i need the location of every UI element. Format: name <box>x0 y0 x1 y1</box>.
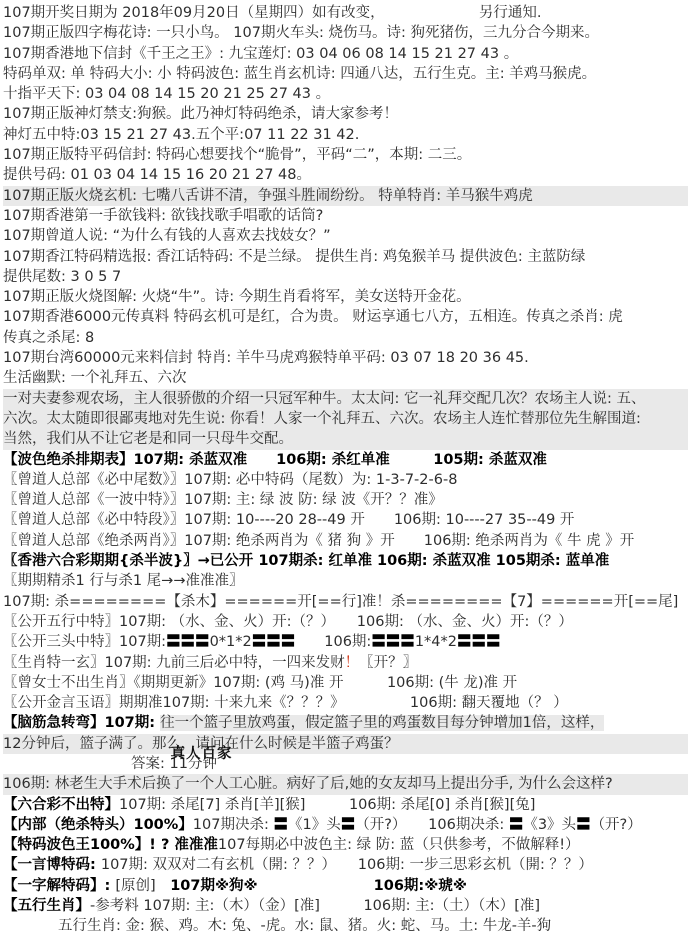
text-segment: 〖香港六合彩期期{杀半波}〗→已公开 107期杀: 红单准 106期: 杀蓝双准… <box>3 553 609 569</box>
text-segment: 107期正版特平码信封: 特码心想要找个“脆骨”，平码“二”，本期: 二三。 <box>3 147 471 163</box>
text-line: 107期香港6000元传真料 特码玄机可是红，合为贵。 财运享通七八方，五相连。… <box>3 307 688 327</box>
text-segment: 〖曾道人总部《必中尾数》〗107期: 必中特码（尾数）为: 1-3-7-2-6-… <box>3 472 457 488</box>
text-segment: 【脑筋急转弯】107期: <box>3 715 160 731</box>
text-segment: 【内部（绝杀特头）100%】 <box>3 817 193 833</box>
text-line: 〖香港六合彩期期{杀半波}〗→已公开 107期杀: 红单准 106期: 杀蓝双准… <box>3 551 688 571</box>
content-lines: 107期开奖日期为 2018年09月20日（星期四）如有改变， 另行通知.107… <box>3 3 688 937</box>
text-segment: [原创] <box>115 878 170 894</box>
text-segment: 答案: <box>131 756 170 772</box>
text-line: 【特码波色王100%】! ? 准准准107每期必中波色主: 绿 防: 蓝（只供参… <box>3 835 688 855</box>
answer-with-watermark: 11分钟真人百家 <box>170 754 217 774</box>
text-line: 107期曾道人说: “为什么有钱的人喜欢去找妓女？” <box>3 226 688 246</box>
text-line: 【一字解特码】: [原创] 107期※狗※ 106期:※琥※ <box>3 876 688 896</box>
text-segment: 107期香港地下信封《千王之王》: 九宝莲灯: 03 04 06 08 14 1… <box>3 46 518 62</box>
text-segment: 提供尾数: 3 0 5 7 <box>3 269 121 285</box>
text-line: 107期正版特平码信封: 特码心想要找个“脆骨”，平码“二”，本期: 二三。 <box>3 145 688 165</box>
text-segment: 【特码波色王100%】! ? 准准准 <box>3 837 218 853</box>
text-line: 107期香江特码精选报: 香江话特码: 不是兰绿。 提供生肖: 鸡兔猴羊马 提供… <box>3 247 688 267</box>
text-line: 【波色绝杀排期表】107期: 杀蓝双准 106期: 杀红单准 105期: 杀蓝双… <box>3 450 688 470</box>
text-segment: 生活幽默: 一个礼拜五、六次 <box>3 370 187 386</box>
text-line: 【六合彩不出特】107期: 杀尾[7] 杀肖[羊][猴] 106期: 杀尾[0]… <box>3 795 688 815</box>
text-segment: 106期:※琥※ <box>374 878 467 894</box>
text-segment: 〖曾道人总部《必中特段》〗107期: 10----20 28--49 开 106… <box>3 512 574 528</box>
text-line: 提供号码: 01 03 04 14 15 16 20 21 27 48。 <box>3 165 688 185</box>
text-segment: 〖曾道人总部《一波中特》〗107期: 主: 绿 波 防: 绿 波《开？？准》 <box>3 492 443 508</box>
text-segment <box>258 878 374 894</box>
text-line: 107期正版火烧玄机: 七嘴八舌讲不清，争强斗胜闹纷纷。 特单特肖: 羊马猴牛鸡… <box>3 186 688 206</box>
text-line: 107期台湾60000元来料信封 特肖: 羊牛马虎鸡猴特单平码: 03 07 1… <box>3 348 688 368</box>
text-segment: 〖公开三头中特〗107期: <box>3 634 166 650</box>
text-line: 107期开奖日期为 2018年09月20日（星期四）如有改变， 另行通知. <box>3 3 688 23</box>
text-segment: 〓〓〓 <box>457 634 501 650</box>
text-segment: 〖开？〗 <box>359 655 417 671</box>
text-line: 〖期期精杀1 行与杀1 尾→→准准准〗 <box>3 571 688 591</box>
text-segment: 特码单双: 单 特码大小: 小 特码波色: 蓝生肖玄机诗: 四通八达，五行生克。… <box>3 66 596 82</box>
text-segment: 当然，我们从不让它老是和同一只母牛交配。 <box>3 431 293 447</box>
text-segment: 107期台湾60000元来料信封 特肖: 羊牛马虎鸡猴特单平码: 03 07 1… <box>3 350 529 366</box>
text-line: 五行生肖: 金: 猴、鸡。木: 兔、-虎。水: 鼠、猪。火: 蛇、马。土: 牛龙… <box>3 916 688 936</box>
text-line: 〖公开五行中特〗107期: （水、金、火）开:（？） 106期: （水、金、火）… <box>3 612 688 632</box>
text-segment: 〖曾道人总部《绝杀两肖》〗107期: 绝杀两肖为《 猪 狗 》开 106期: 绝… <box>3 533 634 549</box>
text-segment: 107期: 杀========【杀木】======开[==行]准！杀======… <box>3 594 678 610</box>
text-segment: 〓 <box>576 817 591 833</box>
text-segment: 107期曾道人说: “为什么有钱的人喜欢去找妓女？” <box>3 228 331 244</box>
text-segment: 一对夫妻参观农场，主人很骄傲的介绍一只冠军种牛。太太问: 它一礼拜交配几次？农场… <box>3 391 646 407</box>
text-segment: 五行生肖: 金: 猴、鸡。木: 兔、-虎。水: 鼠、猪。火: 蛇、马。土: 牛龙… <box>58 918 551 934</box>
text-line: 特码单双: 单 特码大小: 小 特码波色: 蓝生肖玄机诗: 四通八达，五行生克。… <box>3 64 688 84</box>
text-segment: 《3》头 <box>523 817 576 833</box>
text-line: 107期正版四字梅花诗: 一只小鸟。 107期火车头: 烧伤马。诗: 狗死猪伤，… <box>3 23 688 43</box>
text-line: 提供尾数: 3 0 5 7 <box>3 267 688 287</box>
text-segment: （开?） 106期决杀: <box>355 817 509 833</box>
text-segment: 〓〓〓 <box>252 634 296 650</box>
text-line: 生活幽默: 一个礼拜五、六次 <box>3 368 688 388</box>
text-line: 106期: 林老生大手术后换了一个人工心脏。病好了后,她的女友却马上提出分手, … <box>3 774 688 794</box>
text-segment: 【一言博特码: <box>3 857 101 873</box>
text-segment: 〖生肖特一玄〗107期: 九前三后必中特，一四来发财 <box>3 655 345 671</box>
text-segment: 107期正版四字梅花诗: 一只小鸟。 107期火车头: 烧伤马。诗: 狗死猪伤，… <box>3 25 599 41</box>
text-segment: -参考料 107期: 主:（木）（金）[准] 106期: 主:（土）（木）[准] <box>90 898 540 914</box>
text-segment: 〖公开五行中特〗107期: （水、金、火）开:（？） 106期: （水、金、火）… <box>3 614 573 630</box>
text-line: 六次。太太随即很鄙夷地对先生说: 你看！人家一个礼拜五、六次。农场主人连忙替那位… <box>3 409 688 429</box>
text-segment: 〖曾女士不出生肖〗《期期更新》107期: (鸡 马)准 开 106期: (牛 龙… <box>3 675 517 691</box>
text-segment: 107期正版火烧玄机: 七嘴八舌讲不清，争强斗胜闹纷纷。 特单特肖: 羊马猴牛鸡… <box>3 188 533 204</box>
text-segment: 〓〓〓 <box>166 634 210 650</box>
text-segment: 〓 <box>341 817 356 833</box>
text-segment: 107期开奖日期为 2018年09月20日（星期四）如有改变， 另行通知. <box>3 5 541 21</box>
text-segment: 107期※狗※ <box>170 878 257 894</box>
text-line: 107期香港第一手欲钱料: 欲钱找歌手唱歌的话筒? <box>3 206 688 226</box>
text-segment: 传真之杀尾: 8 <box>3 330 94 346</box>
text-segment: 往一个篮子里放鸡蛋，假定篮子里的鸡蛋数目每分钟增加1倍，这样， <box>160 715 604 731</box>
text-segment: 1*4*2 <box>415 634 457 650</box>
text-segment: 107期香港6000元传真料 特码玄机可是红，合为贵。 财运享通七八方，五相连。… <box>3 309 623 325</box>
text-segment: 提供号码: 01 03 04 14 15 16 20 21 27 48。 <box>3 167 311 183</box>
text-line: 答案: 11分钟真人百家 <box>3 754 688 774</box>
text-segment: 0*1*2 <box>210 634 252 650</box>
text-line: 〖曾女士不出生肖〗《期期更新》107期: (鸡 马)准 开 106期: (牛 龙… <box>3 673 688 693</box>
text-segment: （开?） <box>591 817 642 833</box>
text-line: 107期正版火烧图解: 火烧“牛”。诗: 今期生肖看将军，美女送特开金花。 <box>3 287 688 307</box>
text-line: 〖曾道人总部《必中特段》〗107期: 10----20 28--49 开 106… <box>3 510 688 530</box>
text-segment: 106期: 林老生大手术后换了一个人工心脏。病好了后,她的女友却马上提出分手, … <box>3 776 613 792</box>
text-line: 【五行生肖】-参考料 107期: 主:（木）（金）[准] 106期: 主:（土）… <box>3 896 688 916</box>
text-line: 107期: 杀========【杀木】======开[==行]准！杀======… <box>3 592 688 612</box>
text-segment: 〓 <box>273 817 288 833</box>
text-segment: 107期: 双双对二有玄机（開: ？？） 106期: 一步三思彩玄机（開: ？？… <box>101 857 593 873</box>
text-segment: 107每期必中波色主: 绿 防: 蓝（只供参考，不做解释!） <box>218 837 580 853</box>
text-segment: 〖公开金言玉语〗期期准107期: 十来九来《？？？》 106期: 翻天覆地（？ … <box>3 695 568 711</box>
text-segment: ！ <box>345 655 360 671</box>
text-line: 十指平天下: 03 04 08 14 15 20 21 25 27 43 。 <box>3 84 688 104</box>
text-segment: 十指平天下: 03 04 08 14 15 20 21 25 27 43 。 <box>3 86 330 102</box>
text-segment: 107期香江特码精选报: 香江话特码: 不是兰绿。 提供生肖: 鸡兔猴羊马 提供… <box>3 249 585 265</box>
text-segment: 《1》头 <box>288 817 341 833</box>
text-line: 〖生肖特一玄〗107期: 九前三后必中特，一四来发财！〖开？〗 <box>3 653 688 673</box>
text-line: 当然，我们从不让它老是和同一只母牛交配。 <box>3 429 688 449</box>
text-line: 传真之杀尾: 8 <box>3 328 688 348</box>
text-segment: 神灯五中特:03 15 21 27 43.五个平:07 11 22 31 42. <box>3 127 359 143</box>
text-segment: 106期: <box>295 634 371 650</box>
text-line: 〖公开三头中特〗107期:〓〓〓0*1*2〓〓〓 106期:〓〓〓1*4*2〓〓… <box>3 632 688 652</box>
text-line: 〖公开金言玉语〗期期准107期: 十来九来《？？？》 106期: 翻天覆地（？ … <box>3 693 688 713</box>
watermark-overlay-text: 真人百家 <box>171 744 233 764</box>
text-line: 【一言博特码: 107期: 双双对二有玄机（開: ？？） 106期: 一步三思彩… <box>3 855 688 875</box>
text-line: 【内部（绝杀特头）100%】107期决杀: 〓《1》头〓（开?） 106期决杀:… <box>3 815 688 835</box>
text-segment: 107期: 杀尾[7] 杀肖[羊][猴] 106期: 杀尾[0] 杀肖[猴][兔… <box>119 797 535 813</box>
text-line: 一对夫妻参观农场，主人很骄傲的介绍一只冠军种牛。太太问: 它一礼拜交配几次？农场… <box>3 389 688 409</box>
text-segment: 〓〓〓 <box>371 634 415 650</box>
text-line: 107期香港地下信封《千王之王》: 九宝莲灯: 03 04 06 08 14 1… <box>3 44 688 64</box>
text-line: 12分钟后，篮子满了。那么，请问在什么时候是半篮子鸡蛋？ <box>3 734 688 754</box>
text-segment: 107期决杀: <box>193 817 274 833</box>
text-segment: 〓 <box>509 817 524 833</box>
text-segment: 【五行生肖】 <box>3 898 90 914</box>
text-line: 【脑筋急转弯】107期: 往一个篮子里放鸡蛋，假定篮子里的鸡蛋数目每分钟增加1倍… <box>3 713 688 733</box>
text-line: 神灯五中特:03 15 21 27 43.五个平:07 11 22 31 42. <box>3 125 688 145</box>
text-segment: 107期正版神灯禁支:狗猴。此乃神灯特码绝杀，请大家参考！ <box>3 106 398 122</box>
text-segment: 107期香港第一手欲钱料: 欲钱找歌手唱歌的话筒? <box>3 208 323 224</box>
text-segment: 【一字解特码】: <box>3 878 115 894</box>
text-line: 〖曾道人总部《绝杀两肖》〗107期: 绝杀两肖为《 猪 狗 》开 106期: 绝… <box>3 531 688 551</box>
text-segment: 107期正版火烧图解: 火烧“牛”。诗: 今期生肖看将军，美女送特开金花。 <box>3 289 471 305</box>
text-segment: 六次。太太随即很鄙夷地对先生说: 你看！人家一个礼拜五、六次。农场主人连忙替那位… <box>3 411 641 427</box>
text-line: 〖曾道人总部《必中尾数》〗107期: 必中特码（尾数）为: 1-3-7-2-6-… <box>3 470 688 490</box>
lottery-tips-page: 107期开奖日期为 2018年09月20日（星期四）如有改变， 另行通知.107… <box>0 0 688 937</box>
text-line: 〖曾道人总部《一波中特》〗107期: 主: 绿 波 防: 绿 波《开？？准》 <box>3 490 688 510</box>
text-segment: 〖期期精杀1 行与杀1 尾→→准准准〗 <box>3 573 243 589</box>
text-line: 107期正版神灯禁支:狗猴。此乃神灯特码绝杀，请大家参考！ <box>3 104 688 124</box>
text-segment: 【波色绝杀排期表】107期: 杀蓝双准 106期: 杀红单准 105期: 杀蓝双… <box>3 452 547 468</box>
text-segment: 【六合彩不出特】 <box>3 797 119 813</box>
